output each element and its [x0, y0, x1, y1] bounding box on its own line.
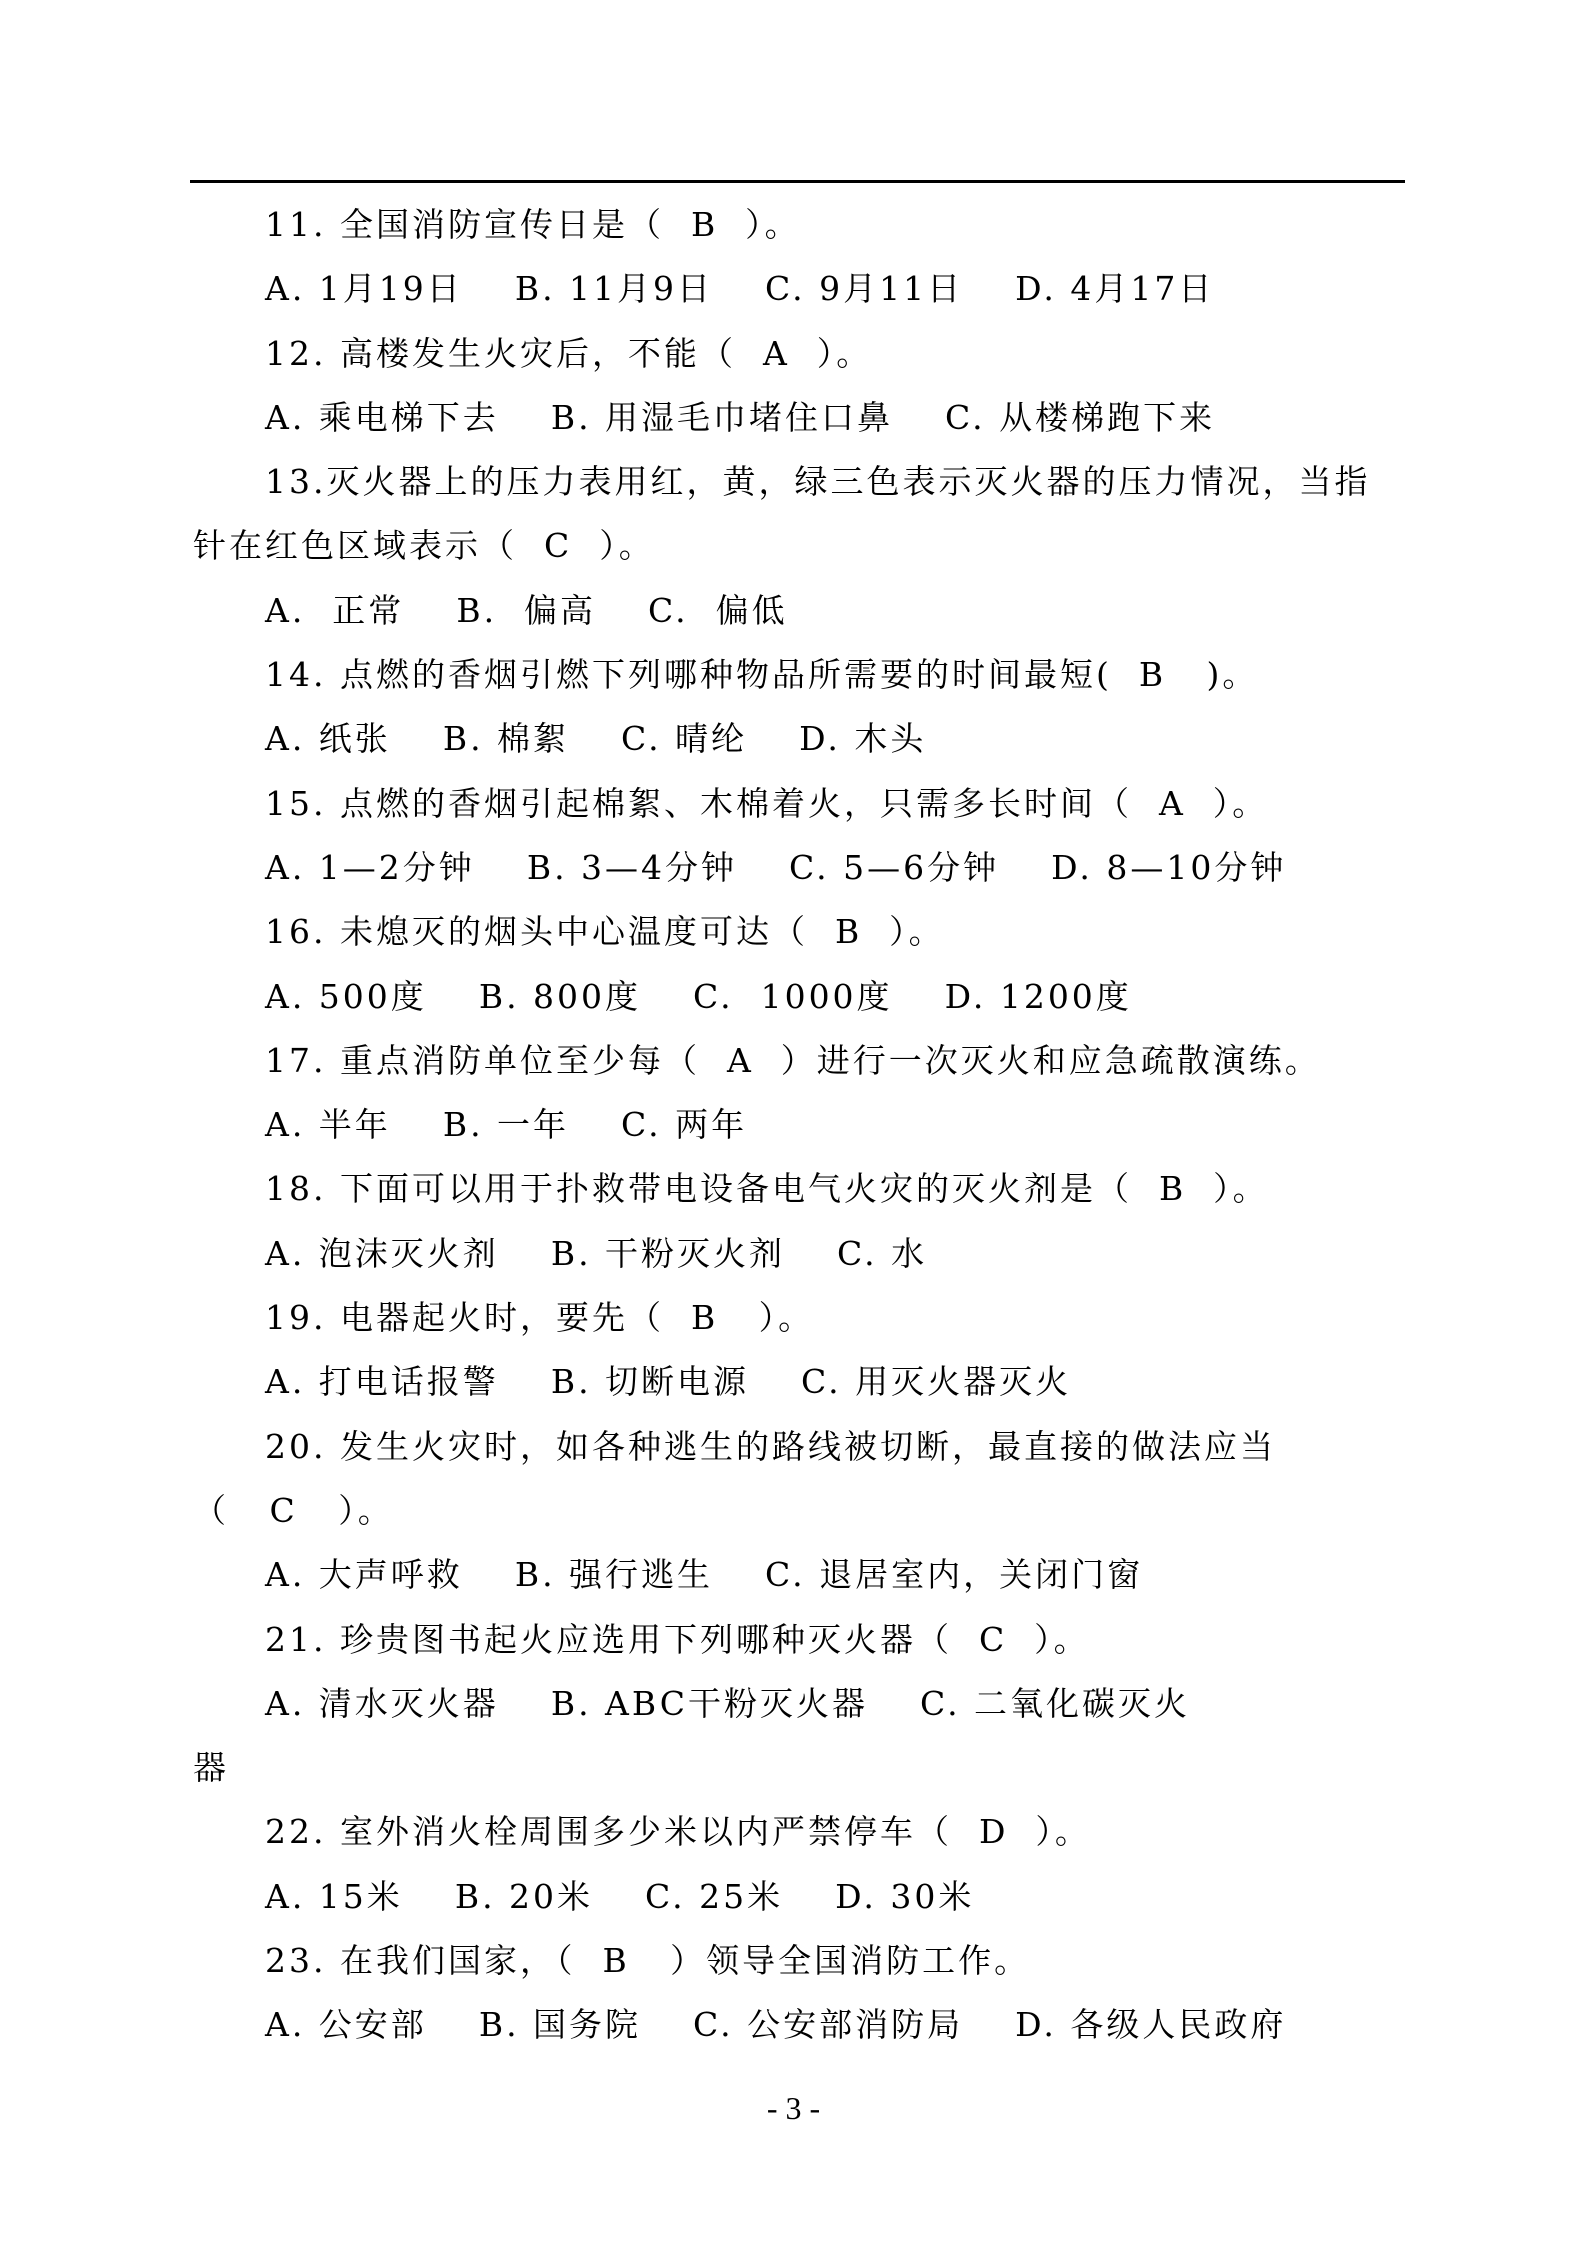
- option-text: C. 从楼梯跑下来: [945, 386, 1215, 450]
- option-text: C. 5—6分钟: [789, 836, 999, 900]
- option-text: B. 强行逃生: [515, 1543, 713, 1607]
- option-text: A. 1月19日: [265, 257, 463, 321]
- options-line: A. 500度B. 800度C. 1000度D. 1200度: [193, 965, 1408, 1029]
- option-text: B. 800度: [479, 965, 641, 1029]
- document-page: 11. 全国消防宣传日是（ B ）。A. 1月19日B. 11月9日C. 9月1…: [0, 0, 1587, 2245]
- options-line: A. 纸张B. 棉絮C. 晴纶D. 木头: [193, 707, 1408, 771]
- option-text: A. 1—2分钟: [265, 836, 475, 900]
- option-text: A. 纸张: [265, 707, 391, 771]
- option-text: C. 偏低: [648, 579, 788, 643]
- option-text: D. 4月17日: [1015, 257, 1214, 321]
- option-text: A. 大声呼救: [265, 1543, 463, 1607]
- option-text: C. 晴纶: [621, 707, 747, 771]
- option-text: C. 用灭火器灭火: [801, 1350, 1071, 1414]
- option-text: A. 正常: [265, 579, 404, 643]
- option-text: C. 25米: [645, 1865, 783, 1929]
- option-text: D. 1200度: [945, 965, 1132, 1029]
- options-line: A. 1月19日B. 11月9日C. 9月11日D. 4月17日: [193, 257, 1408, 321]
- option-text: A. 15米: [265, 1865, 403, 1929]
- option-text: D. 30米: [835, 1865, 974, 1929]
- options-line: A. 大声呼救B. 强行逃生C. 退居室内，关闭门窗: [193, 1543, 1408, 1607]
- option-text: B. 3—4分钟: [527, 836, 737, 900]
- question-text: 12. 高楼发生火灾后，不能（ A ）。: [193, 322, 1408, 386]
- question-text: 21. 珍贵图书起火应选用下列哪种灭火器（ C ）。: [193, 1608, 1408, 1672]
- option-text: A. 500度: [265, 965, 427, 1029]
- page-number: - 3 -: [0, 2090, 1587, 2127]
- options-line: A. 半年B. 一年C. 两年: [193, 1093, 1408, 1157]
- question-text: 13.灭火器上的压力表用红，黄，绿三色表示灭火器的压力情况，当指: [193, 450, 1408, 514]
- option-text: A. 乘电梯下去: [265, 386, 499, 450]
- option-text: B. 20米: [455, 1865, 593, 1929]
- option-text: B. 切断电源: [551, 1350, 749, 1414]
- continuation-text: 针在红色区域表示（ C ）。: [193, 514, 1408, 578]
- option-text: B. 偏高: [456, 579, 596, 643]
- option-text: C. 1000度: [693, 965, 893, 1029]
- question-list: 11. 全国消防宣传日是（ B ）。A. 1月19日B. 11月9日C. 9月1…: [193, 193, 1408, 2058]
- option-text: A. 清水灭火器: [265, 1672, 499, 1736]
- options-line: A. 1—2分钟B. 3—4分钟C. 5—6分钟D. 8—10分钟: [193, 836, 1408, 900]
- continuation-text: 器: [193, 1736, 1408, 1800]
- question-text: 11. 全国消防宣传日是（ B ）。: [193, 193, 1408, 257]
- option-text: A. 泡沫灭火剂: [265, 1222, 499, 1286]
- option-text: B. 11月9日: [515, 257, 713, 321]
- option-text: C. 公安部消防局: [693, 1993, 963, 2057]
- question-text: 14. 点燃的香烟引燃下列哪种物品所需要的时间最短( B )。: [193, 643, 1408, 707]
- option-text: C. 退居室内，关闭门窗: [765, 1543, 1143, 1607]
- question-text: 17. 重点消防单位至少每（ A ）进行一次灭火和应急疏散演练。: [193, 1029, 1408, 1093]
- options-line: A. 打电话报警B. 切断电源C. 用灭火器灭火: [193, 1350, 1408, 1414]
- question-text: 23. 在我们国家，（ B ）领导全国消防工作。: [193, 1929, 1408, 1993]
- question-text: 16. 未熄灭的烟头中心温度可达（ B ）。: [193, 900, 1408, 964]
- option-text: A. 公安部: [265, 1993, 427, 2057]
- options-line: A. 15米B. 20米C. 25米D. 30米: [193, 1865, 1408, 1929]
- option-text: D. 木头: [799, 707, 926, 771]
- option-text: A. 打电话报警: [265, 1350, 499, 1414]
- option-text: C. 水: [837, 1222, 927, 1286]
- option-text: B. 用湿毛巾堵住口鼻: [551, 386, 893, 450]
- question-text: 18. 下面可以用于扑救带电设备电气火灾的灭火剂是（ B ）。: [193, 1157, 1408, 1221]
- header-rule: [190, 180, 1405, 183]
- option-text: B. ABC干粉灭火器: [551, 1672, 868, 1736]
- question-text: 19. 电器起火时，要先（ B ）。: [193, 1286, 1408, 1350]
- option-text: B. 一年: [443, 1093, 569, 1157]
- options-line: A. 乘电梯下去B. 用湿毛巾堵住口鼻C. 从楼梯跑下来: [193, 386, 1408, 450]
- options-line: A. 清水灭火器B. ABC干粉灭火器C. 二氧化碳灭火: [193, 1672, 1408, 1736]
- question-text: 22. 室外消火栓周围多少米以内严禁停车（ D ）。: [193, 1800, 1408, 1864]
- option-text: D. 各级人民政府: [1015, 1993, 1286, 2057]
- option-text: B. 干粉灭火剂: [551, 1222, 785, 1286]
- continuation-text: （ C ）。: [193, 1479, 1408, 1543]
- option-text: C. 二氧化碳灭火: [920, 1672, 1190, 1736]
- question-text: 20. 发生火灾时，如各种逃生的路线被切断，最直接的做法应当: [193, 1415, 1408, 1479]
- option-text: C. 9月11日: [765, 257, 963, 321]
- options-line: A. 正常B. 偏高C. 偏低: [193, 579, 1408, 643]
- option-text: B. 棉絮: [443, 707, 569, 771]
- options-line: A. 泡沫灭火剂B. 干粉灭火剂C. 水: [193, 1222, 1408, 1286]
- option-text: A. 半年: [265, 1093, 391, 1157]
- question-text: 15. 点燃的香烟引起棉絮、木棉着火，只需多长时间（ A ）。: [193, 772, 1408, 836]
- options-line: A. 公安部B. 国务院C. 公安部消防局D. 各级人民政府: [193, 1993, 1408, 2057]
- option-text: B. 国务院: [479, 1993, 641, 2057]
- option-text: C. 两年: [621, 1093, 747, 1157]
- option-text: D. 8—10分钟: [1051, 836, 1286, 900]
